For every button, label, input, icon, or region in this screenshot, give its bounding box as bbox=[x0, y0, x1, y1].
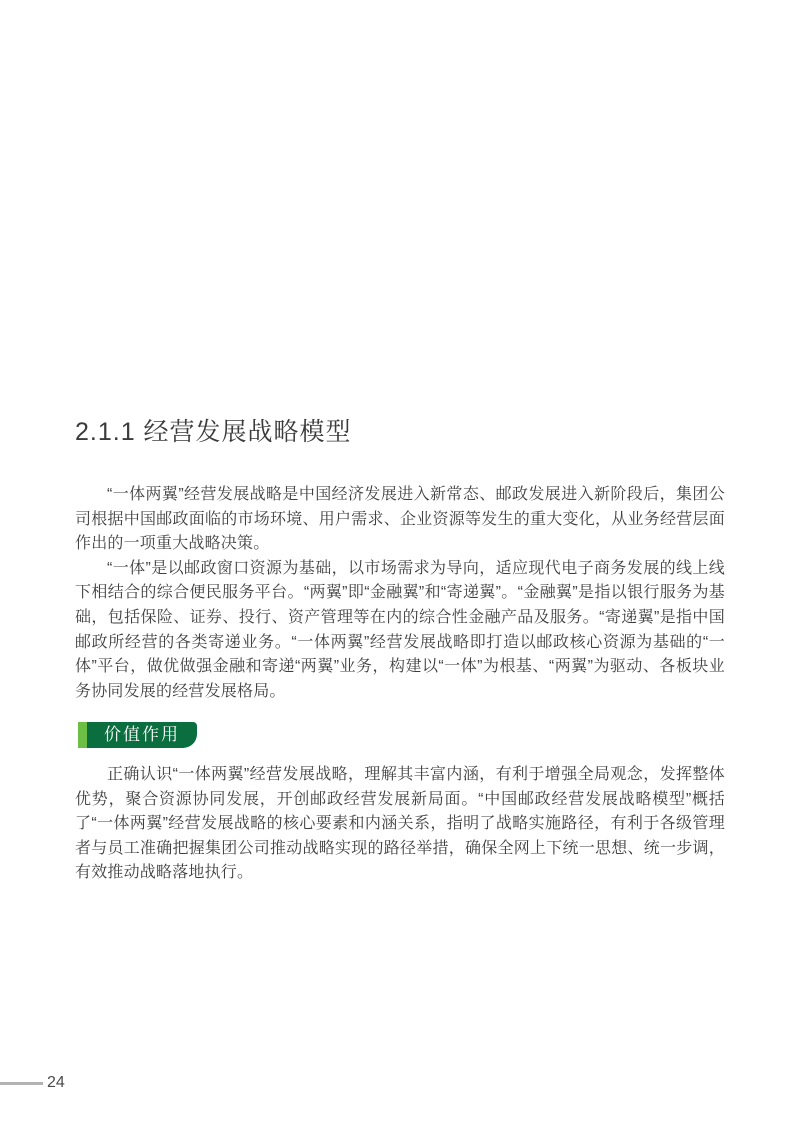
paragraph-value: 正确认识“一体两翼”经营发展战略，理解其丰富内涵，有利于增强全局观念，发挥整体优… bbox=[75, 763, 725, 886]
value-callout-badge: 价值作用 bbox=[78, 722, 197, 748]
badge-label: 价值作用 bbox=[87, 722, 197, 748]
intro-paragraphs: “一体两翼”经营发展战略是中国经济发展进入新常态、邮政发展进入新阶段后，集团公司… bbox=[75, 483, 725, 704]
badge-accent-bar bbox=[78, 722, 87, 748]
footer-rule bbox=[0, 1082, 43, 1085]
paragraph-strategy-overview: “一体两翼”经营发展战略是中国经济发展进入新常态、邮政发展进入新阶段后，集团公司… bbox=[75, 483, 725, 557]
section-heading: 2.1.1 经营发展战略模型 bbox=[75, 415, 352, 449]
paragraph-strategy-detail: “一体”是以邮政窗口资源为基础，以市场需求为导向，适应现代电子商务发展的线上线下… bbox=[75, 557, 725, 705]
page-number: 24 bbox=[47, 1074, 65, 1092]
document-page: 2.1.1 经营发展战略模型 “一体两翼”经营发展战略是中国经济发展进入新常态、… bbox=[0, 0, 800, 1132]
value-paragraph-block: 正确认识“一体两翼”经营发展战略，理解其丰富内涵，有利于增强全局观念，发挥整体优… bbox=[75, 763, 725, 886]
